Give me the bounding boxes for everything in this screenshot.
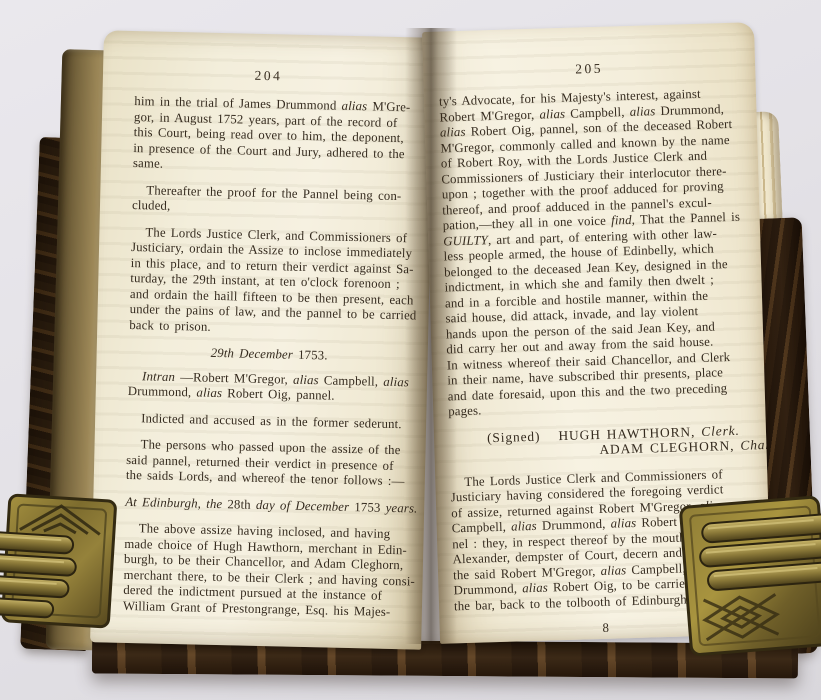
book-page-left: 204 him in the trial of James Drummond a… — [90, 30, 435, 649]
text-line: 29th December 1753. — [129, 344, 410, 366]
signature-mark: 8 — [440, 616, 772, 641]
paragraph: ty's Advocate, for his Majesty's interes… — [439, 85, 756, 419]
paragraph: The Lords Justice Clerk, and Commissione… — [129, 225, 412, 340]
paragraph: (Signed) HUGH HAWTHORN, Clerk.ADAM CLEGH… — [449, 422, 757, 462]
page-number-left: 204 — [103, 64, 434, 88]
paragraph: At Edinburgh, the 28th day of December 1… — [125, 494, 406, 516]
paragraph: Thereafter the proof for the Pannel bein… — [132, 183, 414, 220]
text-line: Indicted and accused as in the former se… — [127, 410, 408, 432]
paragraph: him in the trial of James Drummond alias… — [133, 94, 416, 178]
paragraph: The persons who passed upon the assize o… — [126, 437, 408, 490]
paragraph: Intran —Robert M'Gregor, alias Campbell,… — [128, 368, 410, 405]
paragraph: 29th December 1753. — [129, 344, 410, 366]
text-block-right: ty's Advocate, for his Majesty's interes… — [424, 85, 771, 615]
paragraph: The Lords Justice Clerk and Commissioner… — [450, 466, 761, 615]
page-number-right: 205 — [423, 56, 755, 82]
text-line: At Edinburgh, the 28th day of December 1… — [125, 494, 406, 516]
paragraph: Indicted and accused as in the former se… — [127, 410, 408, 432]
paragraph: The above assize having inclosed, and ha… — [123, 521, 406, 620]
book-page-right: 205 ty's Advocate, for his Majesty's int… — [422, 22, 772, 644]
photo-background: 204 him in the trial of James Drummond a… — [0, 0, 821, 700]
text-block-left: him in the trial of James Drummond alias… — [91, 93, 434, 620]
